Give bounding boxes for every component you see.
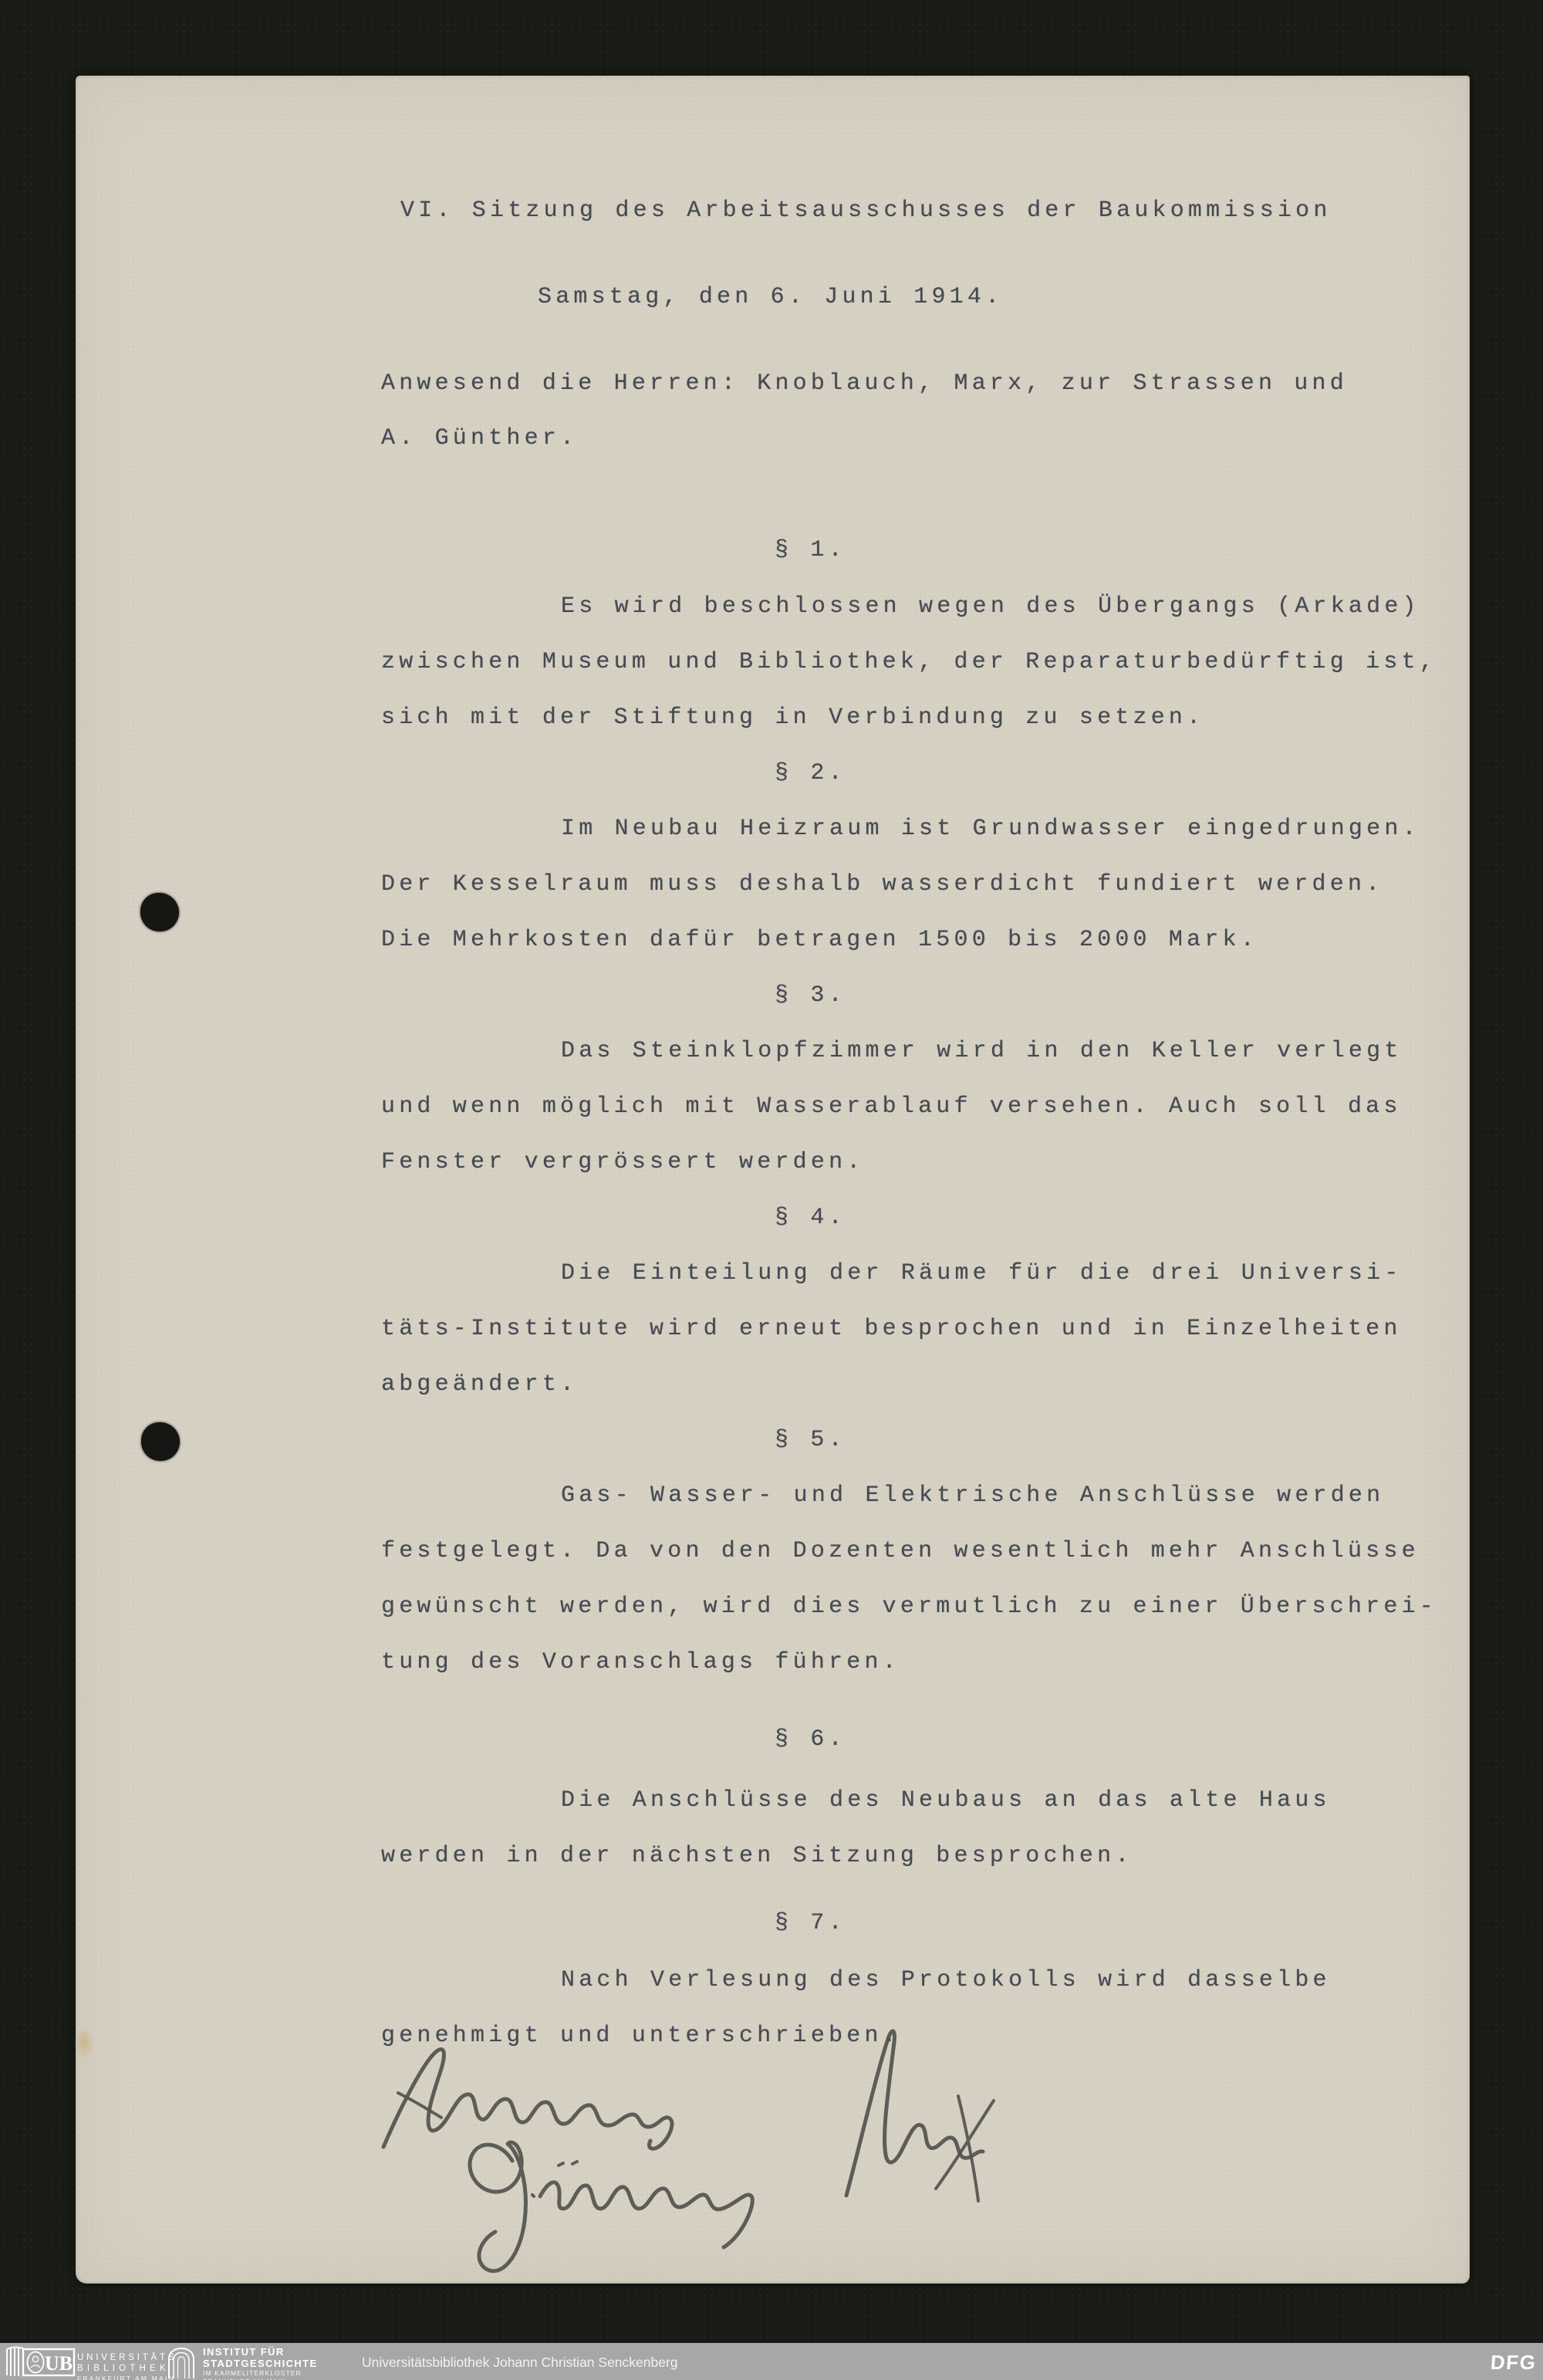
section-heading: § 6. (775, 1712, 846, 1767)
ub-line: BIBLIOTHEK (77, 2365, 177, 2374)
ub-frankfurt-label: UNIVERSITÄTS BIBLIOTHEK FRANKFURT AM MAI… (77, 2354, 177, 2380)
section-heading: § 3. (775, 968, 846, 1023)
doc-line: Das Steinklopfzimmer wird in den Keller … (561, 1023, 1403, 1079)
doc-line: Der Kesselraum muss deshalb wasserdicht … (381, 857, 1383, 912)
punch-hole-top (140, 893, 179, 931)
doc-line: sich mit der Stiftung in Verbindung zu s… (381, 690, 1204, 745)
section-heading: § 1. (775, 522, 846, 578)
section-heading: § 4. (775, 1190, 846, 1246)
library-footer-bar: UB UNIVERSITÄTS BIBLIOTHEK FRANKFURT AM … (0, 2343, 1543, 2380)
library-name-label: Universitätsbibliothek Johann Christian … (362, 2355, 678, 2371)
institut-line: IM KARMELITERKLOSTER (203, 2370, 318, 2377)
doc-line: Fenster vergrössert werden. (381, 1134, 864, 1190)
doc-line: Es wird beschlossen wegen des Übergangs … (561, 579, 1420, 634)
dfg-logo: DFG (1490, 2351, 1538, 2375)
doc-line: genehmigt und unterschrieben. (381, 2008, 900, 2064)
ub-frankfurt-logo: UB (5, 2345, 76, 2378)
doc-line: zwischen Museum und Bibliothek, der Repa… (381, 634, 1437, 690)
doc-line: Gas- Wasser- und Elektrische Anschlüsse … (561, 1468, 1384, 1523)
doc-line: Im Neubau Heizraum ist Grundwasser einge… (561, 801, 1420, 857)
doc-attendees: Anwesend die Herren: Knoblauch, Marx, zu… (381, 356, 1348, 411)
institut-line: INSTITUT FÜR (203, 2347, 318, 2357)
doc-line: abgeändert. (381, 1357, 578, 1412)
doc-line: Die Einteilung der Räume für die drei Un… (561, 1246, 1403, 1301)
institut-stadtgeschichte-label: INSTITUT FÜR STADTGESCHICHTE IM KARMELIT… (203, 2347, 318, 2380)
institut-line: STADTGESCHICHTE (203, 2358, 318, 2368)
ub-line: FRANKFURT AM MAIN (77, 2375, 177, 2380)
doc-line: täts-Institute wird erneut besprochen un… (381, 1301, 1402, 1357)
ub-line: UNIVERSITÄTS (77, 2354, 177, 2363)
section-heading: § 2. (775, 745, 846, 801)
doc-line: festgelegt. Da von den Dozenten wesentli… (381, 1523, 1420, 1579)
doc-line: Die Mehrkosten dafür betragen 1500 bis 2… (381, 912, 1258, 968)
doc-line: Nach Verlesung des Protokolls wird dasse… (561, 1952, 1331, 2008)
doc-line: gewünscht werden, wird dies vermutlich z… (381, 1579, 1437, 1635)
doc-line: tung des Voranschlags führen. (381, 1635, 900, 1690)
doc-line: werden in der nächsten Sitzung besproche… (381, 1828, 1133, 1884)
doc-attendees: A. Günther. (381, 411, 578, 466)
doc-line: und wenn möglich mit Wasserablauf verseh… (381, 1079, 1402, 1134)
gothic-arch-icon (167, 2346, 196, 2378)
svg-text:UB: UB (45, 2352, 73, 2375)
scan-viewer-page: { "theme":{ "bg":"#191b16","paper":"#d7d… (0, 0, 1543, 2380)
doc-date: Samstag, den 6. Juni 1914. (538, 269, 1003, 325)
section-heading: § 7. (775, 1895, 846, 1951)
doc-title: VI. Sitzung des Arbeitsausschusses der B… (400, 183, 1332, 238)
doc-line: Die Anschlüsse des Neubaus an das alte H… (561, 1773, 1331, 1828)
punch-hole-bottom (141, 1422, 180, 1461)
section-heading: § 5. (775, 1412, 846, 1468)
